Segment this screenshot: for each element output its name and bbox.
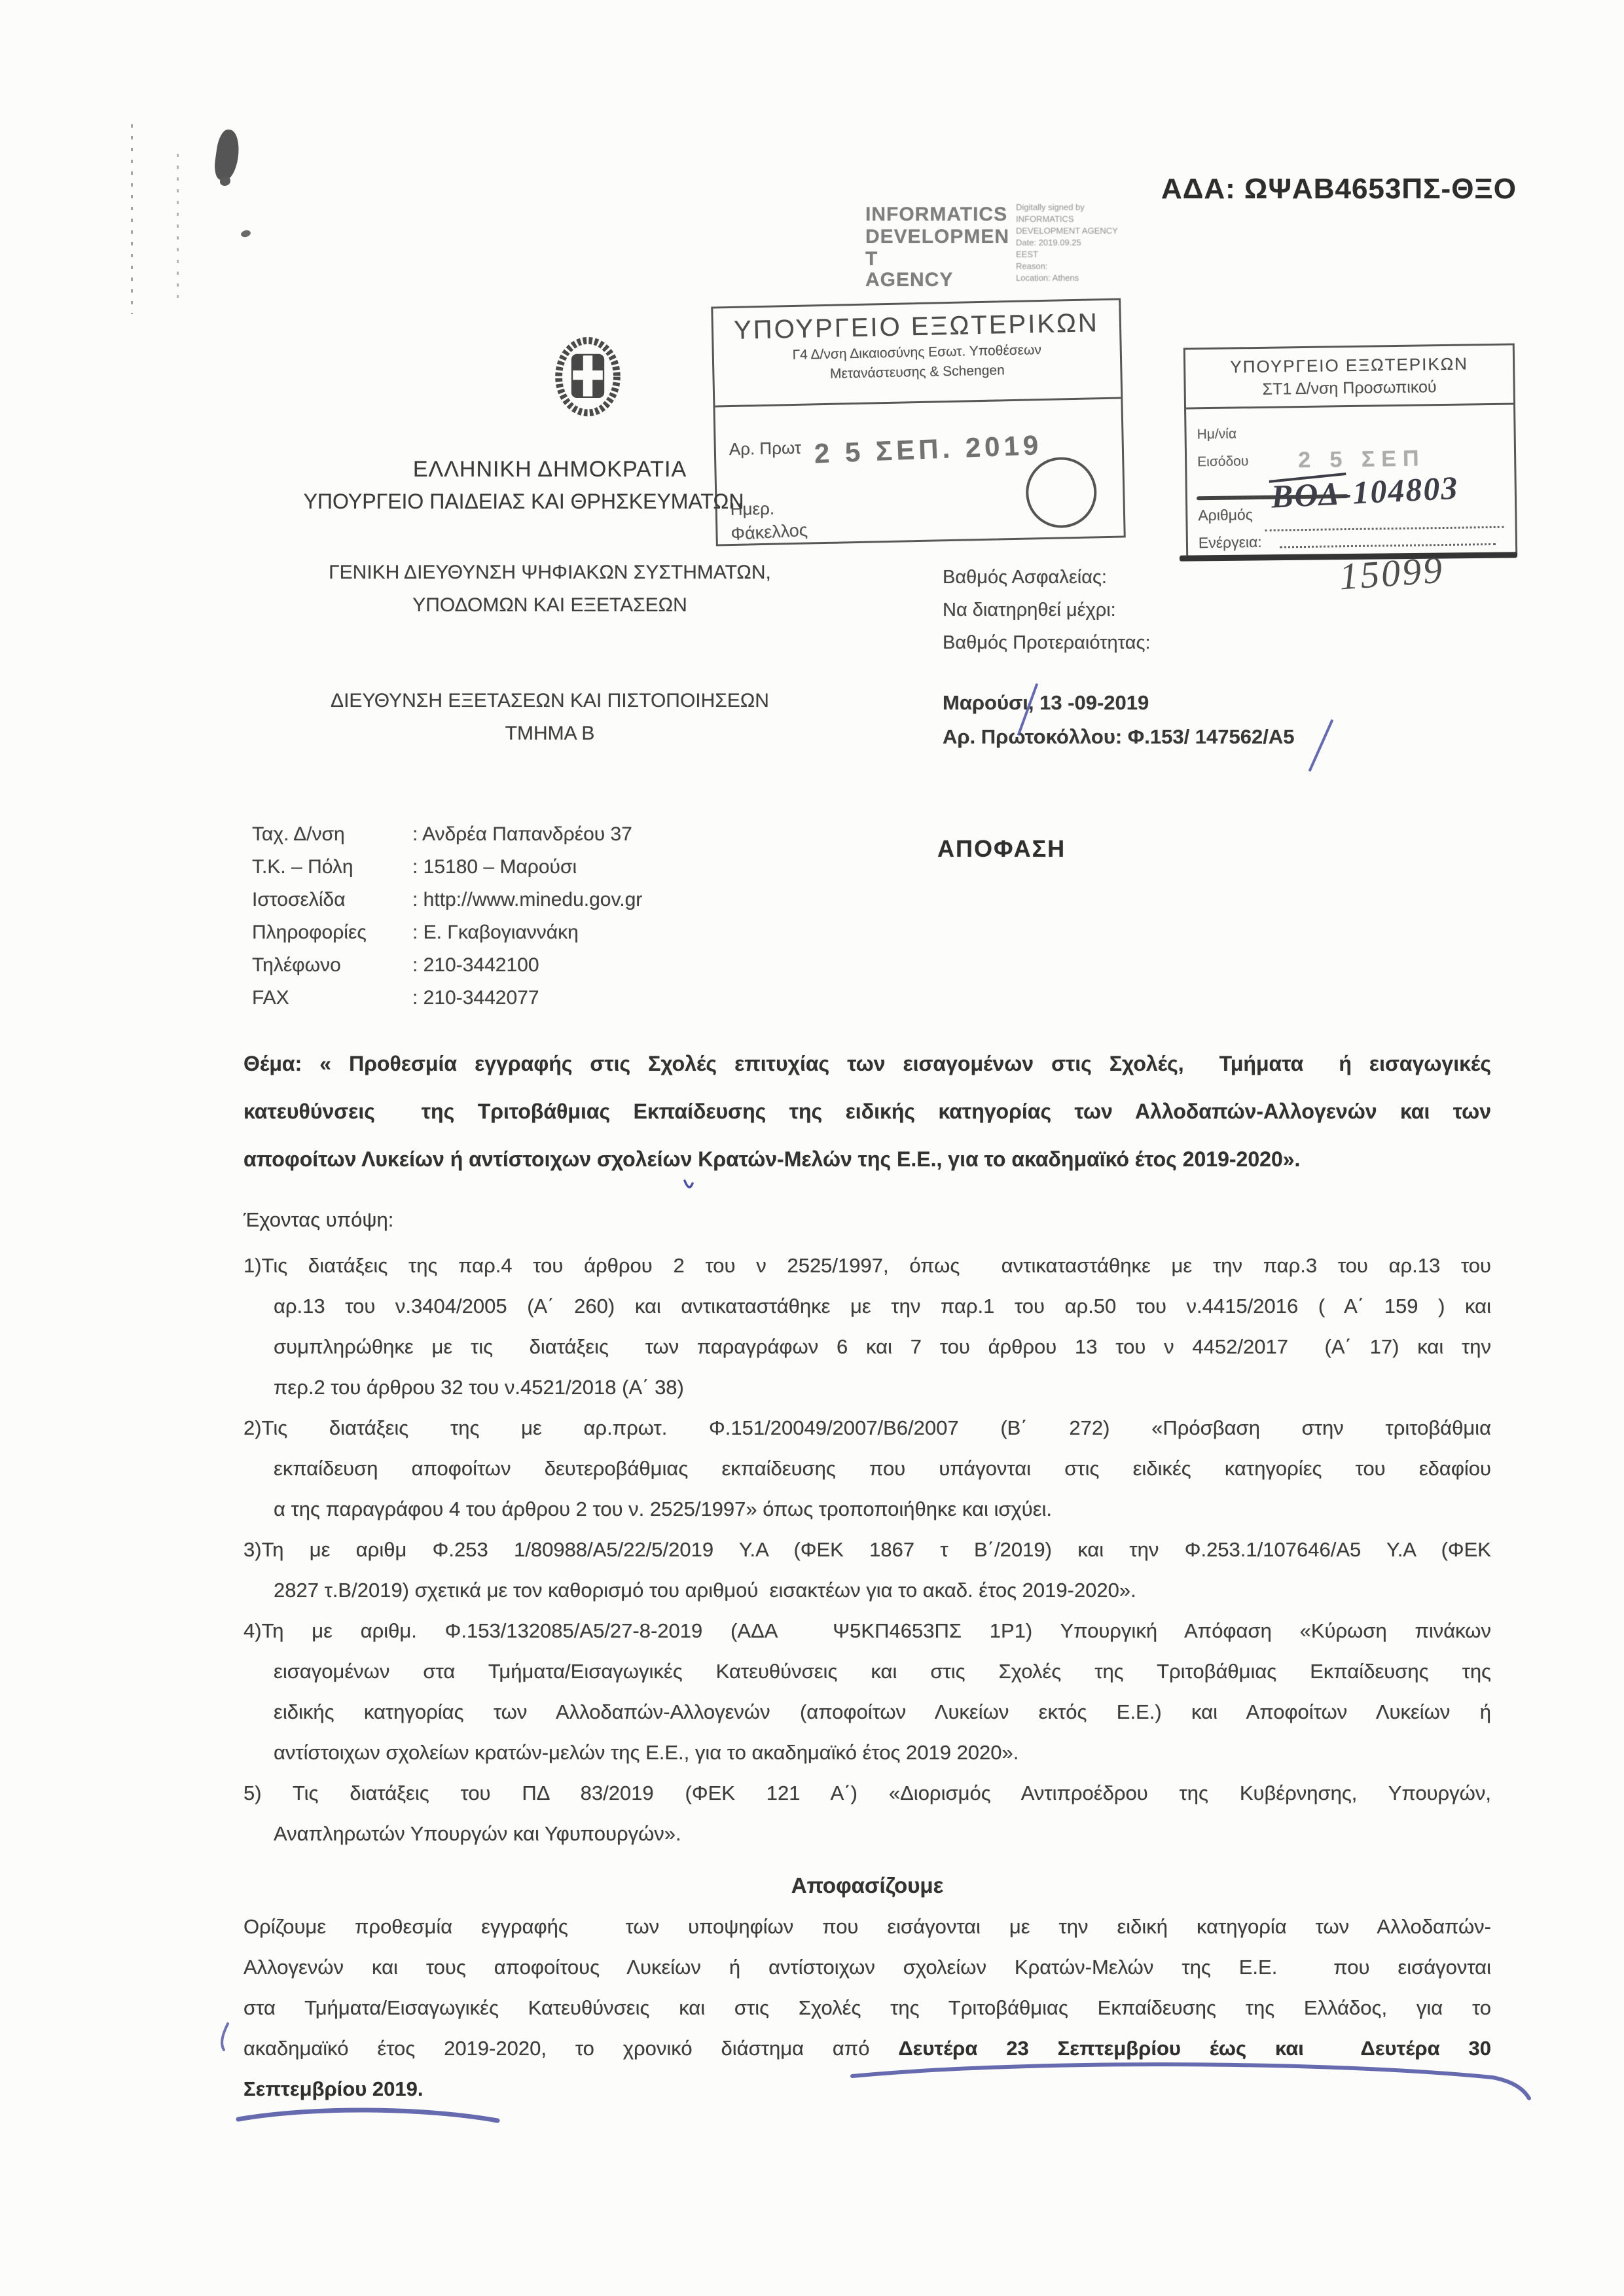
contact-label: Τ.Κ. – Πόλη: [252, 856, 353, 878]
signature-agency-line: T AGENCY: [865, 249, 953, 290]
list-item-line: περ.2 του άρθρου 32 του ν.4521/2018 (Α΄ …: [244, 1376, 1491, 1399]
list-item-line: εισαγομένων στα Τμήματα/Εισαγωγικές Κατε…: [244, 1660, 1491, 1683]
stamp-title: ΥΠΟΥΡΓΕΙΟ ΕΞΩΤΕΡΙΚΩΝ: [713, 308, 1120, 346]
signature-details-line: Location: Athens: [1016, 272, 1079, 284]
decision-heading: ΑΠΟΦΑΣΗ: [937, 835, 1066, 863]
list-item-line: 2827 τ.Β/2019) σχετικά με τον καθορισμό …: [244, 1579, 1491, 1602]
ink-blot: [220, 177, 230, 186]
scan-artifact-dotted-line: [177, 154, 179, 298]
ada-code: ΑΔΑ: ΩΨΑΒ4653ΠΣ-ΘΞΟ: [1161, 173, 1517, 206]
pen-slash: [1308, 719, 1334, 772]
list-item-line: α της παραγράφου 4 του άρθρου 2 του ν. 2…: [244, 1498, 1491, 1521]
retain-until-label: Να διατηρηθεί μέχρι:: [943, 600, 1116, 621]
issue-place-date: Μαρούσι, 13 -09-2019: [943, 691, 1149, 715]
scan-artifact-dotted-line: [131, 124, 133, 314]
directorate-line: ΤΜΗΜΑ Β: [262, 723, 838, 745]
contact-label: FAX: [252, 987, 289, 1009]
list-item-line: 4)Τη με αριθμ. Φ.153/132085/Α5/27-8-2019…: [244, 1619, 1491, 1643]
handwritten-reference: 15099: [1338, 548, 1445, 599]
list-item-line: αντίστοιχων σχολείων κρατών-μελών της Ε.…: [244, 1741, 1491, 1765]
contact-label: Ταχ. Δ/νση: [252, 823, 345, 846]
pen-check-mark: [681, 1175, 707, 1194]
decide-line: Ορίζουμε προθεσμία εγγραφής των υποψηφίω…: [244, 1915, 1491, 1939]
contact-value: : Ε. Γκαβογιαννάκη: [412, 922, 579, 944]
stamp-dotted-line: [1280, 543, 1496, 548]
stamp-dotted-line: [1265, 526, 1504, 531]
list-item-line: αρ.13 του ν.3404/2005 (Α΄ 260) και αντικ…: [244, 1295, 1491, 1318]
pen-underline: [838, 2049, 1545, 2114]
list-item-line: 2)Τις διατάξεις της με αρ.πρωτ. Φ.151/20…: [244, 1416, 1491, 1440]
contact-label: Τηλέφωνο: [252, 954, 341, 977]
list-item-line: ειδικής κατηγορίας των Αλλοδαπών-Αλλογεν…: [244, 1700, 1491, 1724]
decide-heading: Αποφασίζουμε: [244, 1873, 1491, 1898]
list-item-line: συμπληρώθηκε με τις διατάξεις των παραγρ…: [244, 1335, 1491, 1359]
subject-line: αποφοίτων Λυκείων ή αντίστοιχων σχολείων…: [244, 1148, 1491, 1171]
stamp-subtitle: ΣΤ1 Δ/νση Προσωπικού: [1185, 377, 1513, 401]
ink-blot: [213, 128, 242, 182]
pen-comma-mark: [213, 2017, 237, 2056]
scanned-document-page: { "ada": { "label": "ΑΔΑ: ΩΨΑΒ4653ΠΣ-ΘΞΟ…: [0, 0, 1624, 2296]
greek-coat-of-arms-icon: [549, 332, 627, 424]
ministry-title: ΥΠΟΥΡΓΕΙΟ ΠΑΙΔΕΙΑΣ ΚΑΙ ΘΡΗΣΚΕΥΜΑΤΩΝ: [236, 490, 812, 514]
signature-details-line: Digitally signed by: [1016, 202, 1085, 213]
priority-grade-label: Βαθμός Προτεραιότητας:: [943, 632, 1151, 654]
subject-line: Θέμα: « Προθεσμία εγγραφής στις Σχολές ε…: [244, 1052, 1491, 1075]
signature-details-line: EEST: [1016, 249, 1038, 260]
directorate-line: ΔΙΕΥΘΥΝΣΗ ΕΞΕΤΑΣΕΩΝ ΚΑΙ ΠΙΣΤΟΠΟΙΗΣΕΩΝ: [262, 690, 838, 712]
stamp-divider: [715, 397, 1121, 408]
list-item-line: Αναπληρωτών Υπουργών και Υφυπουργών».: [244, 1822, 1491, 1846]
stamp-field-action: Ενέργεια:: [1199, 533, 1262, 552]
ink-blot: [240, 229, 251, 238]
signature-agency-line: INFORMATICS: [865, 204, 1007, 225]
handwritten-number: ΒΟΔ-104803: [1271, 469, 1460, 516]
contact-value: : 210-3442077: [412, 987, 539, 1009]
contact-label: Πληροφορίες: [252, 922, 367, 944]
contact-value: : http://www.minedu.gov.gr: [412, 889, 642, 911]
list-item-line: 1)Τις διατάξεις της παρ.4 του άρθρου 2 τ…: [244, 1254, 1491, 1278]
stamp-divider: [1186, 403, 1513, 410]
circle-outline-stamp: [1025, 456, 1097, 528]
list-item-line: 3)Τη με αριθμ Φ.253 1/80988/Α5/22/5/2019…: [244, 1538, 1491, 1562]
contact-value: : Ανδρέα Παπανδρέου 37: [412, 823, 632, 846]
contact-label: Ιστοσελίδα: [252, 889, 346, 911]
contact-value: : 210-3442100: [412, 954, 539, 977]
signature-details-line: Reason:: [1016, 260, 1047, 272]
security-grade-label: Βαθμός Ασφαλείας:: [943, 567, 1107, 588]
date-stamp: 2 5 ΣΕΠ. 2019: [814, 429, 1043, 469]
decide-line-start: ακαδημαϊκό έτος 2019-2020, το χρονικό δι…: [244, 2037, 898, 2060]
protocol-number: Αρ. Πρωτοκόλλου: Φ.153/ 147562/Α5: [943, 725, 1295, 749]
stamp-field-number: Αριθμός: [1198, 506, 1253, 524]
signature-details-line: DEVELOPMENT AGENCY: [1016, 225, 1118, 237]
decide-line: Αλλογενών και τους αποφοίτους Λυκείων ή …: [244, 1956, 1491, 1979]
list-item-line: 5) Τις διατάξεις του ΠΔ 83/2019 (ΦΕΚ 121…: [244, 1782, 1491, 1805]
stamp-field-entry: Εισόδου: [1197, 454, 1248, 470]
stamp-title: ΥΠΟΥΡΓΕΙΟ ΕΞΩΤΕΡΙΚΩΝ: [1185, 353, 1513, 378]
stamp-field-entry: Ημ/νία: [1197, 426, 1236, 442]
date-stamp: 2 5 ΣΕΠ: [1298, 446, 1426, 473]
stamp-foreign-affairs-st1: ΥΠΟΥΡΓΕΙΟ ΕΞΩΤΕΡΙΚΩΝ ΣΤ1 Δ/νση Προσωπικο…: [1183, 343, 1517, 560]
republic-title: ΕΛΛΗΝΙΚΗ ΔΗΜΟΚΡΑΤΙΑ: [262, 457, 838, 482]
having-regard-heading: Έχοντας υπόψη:: [244, 1208, 393, 1232]
signature-details-line: INFORMATICS: [1016, 213, 1074, 225]
contact-value: : 15180 – Μαρούσι: [412, 856, 577, 878]
decide-line: στα Τμήματα/Εισαγωγικές Κατευθύνσεις και…: [244, 1996, 1491, 2020]
signature-agency-line: DEVELOPMEN: [865, 226, 1009, 247]
general-directorate-line: ΓΕΝΙΚΗ ΔΙΕΥΘΥΝΣΗ ΨΗΦΙΑΚΩΝ ΣΥΣΤΗΜΑΤΩΝ,: [262, 562, 838, 584]
pen-underline: [228, 2094, 509, 2140]
signature-details-line: Date: 2019.09.25: [1016, 237, 1081, 249]
subject-line: κατευθύνσεις της Τριτοβάθμιας Εκπαίδευση…: [244, 1100, 1491, 1123]
stamp-subtitle: Μετανάστευσης & Schengen: [714, 361, 1120, 385]
list-item-line: εκπαίδευση αποφοίτων δευτεροβάθμιας εκπα…: [244, 1457, 1491, 1480]
general-directorate-line: ΥΠΟΔΟΜΩΝ ΚΑΙ ΕΞΕΤΑΣΕΩΝ: [262, 594, 838, 617]
stamp-field-folder: Φάκελλος: [731, 520, 808, 545]
